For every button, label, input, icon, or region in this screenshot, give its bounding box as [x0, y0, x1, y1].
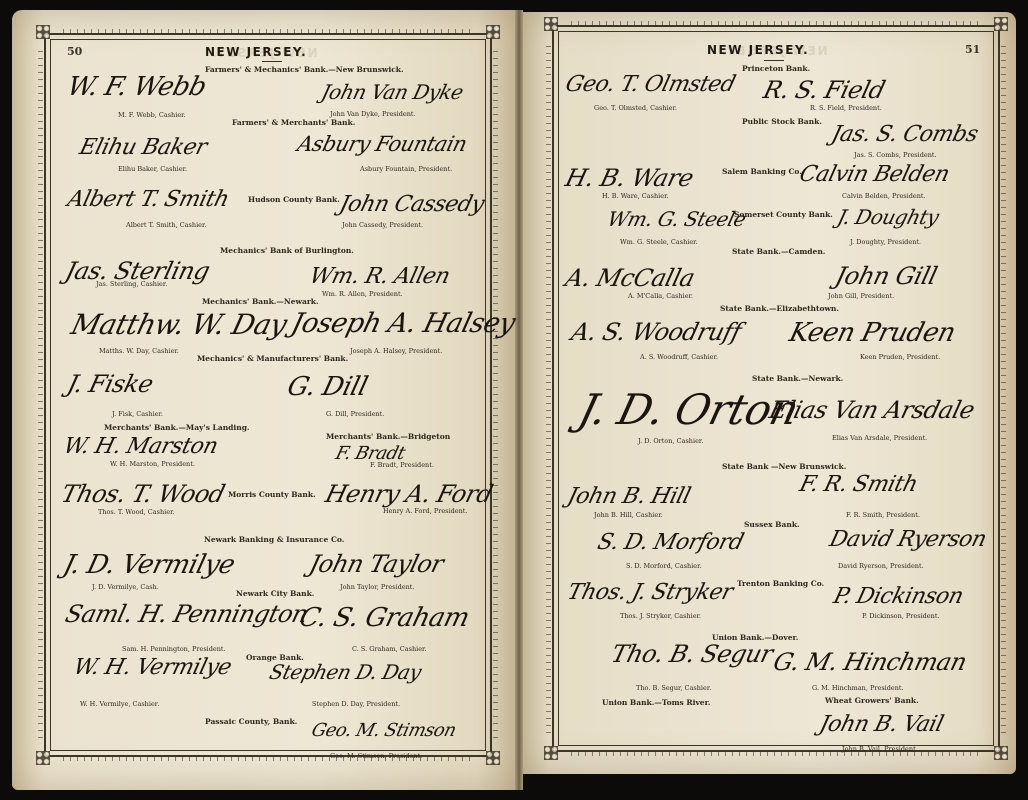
signature: John Taylor	[307, 550, 447, 578]
signature: W. H. Vermilye	[71, 655, 234, 680]
signature: G. M. Hinchman	[771, 648, 970, 676]
signatory-caption: Albert T. Smith, Cashier.	[126, 221, 206, 229]
page-number: 50	[67, 45, 82, 58]
signatory-caption: John Taylor, President.	[340, 583, 414, 591]
divider	[764, 60, 784, 61]
signature: A. S. Woodruff	[569, 318, 744, 346]
signature: John Gill	[833, 262, 940, 290]
page-number: 51	[965, 43, 980, 56]
signature: Elias Van Arsdale	[767, 396, 978, 424]
bank-name: Farmers' & Mechanics' Bank.—New Brunswic…	[205, 65, 404, 74]
signatory-caption: Tho. B. Segur, Cashier.	[636, 684, 711, 692]
bank-name: Newark Banking & Insurance Co.	[204, 535, 344, 544]
bank-name: State Bank.—Newark.	[752, 374, 843, 383]
signature: Geo. M. Stimson	[309, 720, 458, 741]
signatory-caption: J. Fisk, Cashier.	[112, 410, 163, 418]
signatory-caption: J. D. Vermilye, Cash.	[92, 583, 159, 591]
bank-name: Sussex Bank.	[744, 520, 800, 529]
bank-name: Public Stock Bank.	[742, 117, 822, 126]
signature: Albert T. Smith	[65, 187, 232, 212]
bank-name: Mechanics' & Manufacturers' Bank.	[197, 354, 348, 363]
signatory-caption: John B. Vail, President.	[842, 745, 918, 753]
bank-name: Union Bank.—Toms River.	[602, 698, 710, 707]
page-title: NEW JERSEY.	[707, 43, 809, 57]
ornament-icon	[486, 25, 500, 39]
signature: R. S. Field	[761, 76, 888, 104]
signatory-caption: David Ryerson, President.	[838, 562, 924, 570]
signatory-caption: W. H. Marston, President.	[110, 460, 195, 468]
divider	[262, 61, 282, 62]
signature: J. D. Vermilye	[60, 550, 237, 580]
ornament-icon	[36, 25, 50, 39]
signature: Jas. S. Combs	[829, 122, 981, 147]
bank-name: State Bank.—Elizabethtown.	[720, 304, 839, 313]
bank-name: State Bank —New Brunswick.	[722, 462, 846, 471]
signatory-caption: Geo. M. Stimson, President.	[330, 752, 422, 760]
bank-name: Mechanics' Bank of Burlington.	[220, 246, 354, 255]
signature: A. McCalla	[563, 264, 698, 292]
signatory-caption: P. Dickinson, President.	[862, 612, 940, 620]
signatory-caption: Sam. H. Pennington, President.	[122, 645, 226, 653]
signatory-caption: John Cassedy, President.	[342, 221, 423, 229]
signatory-caption: Elias Van Arsdale, President.	[832, 434, 927, 442]
signatory-caption: S. D. Morford, Cashier.	[626, 562, 702, 570]
ornament-icon	[994, 17, 1008, 31]
signatory-caption: F. Bradt, President.	[370, 461, 434, 469]
signatory-caption: H. B. Ware, Cashier.	[602, 192, 669, 200]
bank-name: Salem Banking Co.	[722, 167, 802, 176]
signature: Wm. G. Steele	[605, 207, 748, 231]
signatory-caption: Geo. T. Olmsted, Cashier.	[594, 104, 677, 112]
signature: Joseph A. Halsey	[288, 308, 518, 339]
signature: Matthw. W. Day	[68, 308, 290, 341]
bank-name: Wheat Growers' Bank.	[825, 696, 919, 705]
bank-name: Newark City Bank.	[236, 589, 314, 598]
signatory-caption: Stephen D. Day, President.	[312, 700, 400, 708]
bank-name: Somerset County Bank.	[734, 210, 833, 219]
signatory-caption: Thos. J. Stryker, Cashier.	[620, 612, 701, 620]
signatory-caption: R. S. Field, President.	[810, 104, 882, 112]
signatory-caption: C. S. Graham, Cashier.	[352, 645, 427, 653]
signature: P. Dickinson	[831, 584, 966, 609]
signature: Wm. R. Allen	[307, 264, 452, 289]
signatory-caption: Thos. T. Wood, Cashier.	[98, 508, 175, 516]
signature: J. Doughty	[835, 205, 941, 229]
signature: W. H. Marston	[61, 434, 220, 459]
bank-name: Farmers' & Merchants' Bank.	[232, 118, 355, 127]
signature: David Ryerson	[827, 527, 989, 552]
signature: John Van Dyke	[319, 80, 466, 104]
signatory-caption: Elihu Baker, Cashier.	[118, 165, 187, 173]
signatory-caption: Matths. W. Day, Cashier.	[99, 347, 179, 355]
signatory-caption: Wm. R. Allen, President.	[322, 290, 403, 298]
signatory-caption: M. F. Webb, Cashier.	[118, 111, 186, 119]
signatory-caption: J. D. Orton, Cashier.	[638, 437, 703, 445]
signature: Asbury Fountain	[295, 132, 469, 156]
signatory-caption: Jas. Sterling, Cashier.	[96, 280, 167, 288]
bank-name: Merchants' Bank.—Bridgeton	[326, 432, 450, 441]
signatory-caption: W. H. Vermilye, Cashier.	[80, 700, 159, 708]
signature: W. F. Webb	[64, 72, 209, 102]
signature: H. B. Ware	[563, 164, 697, 192]
signature: S. D. Morford	[595, 530, 746, 555]
ornament-icon	[544, 746, 558, 760]
signature: Tho. B. Segur	[609, 640, 776, 668]
signatory-caption: Wm. G. Steele, Cashier.	[620, 238, 698, 246]
ornament-icon	[486, 751, 500, 765]
bank-name: State Bank.—Camden.	[732, 247, 825, 256]
signature: Keen Pruden	[786, 318, 958, 348]
signature: Saml. H. Pennington	[63, 600, 311, 628]
ornament-icon	[36, 751, 50, 765]
signatory-caption: Asbury Fountain, President.	[360, 165, 452, 173]
ornament-icon	[544, 17, 558, 31]
signatory-caption: J. Doughty, President.	[850, 238, 921, 246]
signature: Elihu Baker	[77, 135, 209, 160]
signatory-caption: Jas. S. Combs, President.	[854, 151, 937, 159]
signatory-caption: F. R. Smith, President.	[846, 511, 920, 519]
bank-name: Trenton Banking Co.	[737, 579, 824, 588]
signatory-caption: G. Dill, President.	[326, 410, 384, 418]
signature: John B. Vail	[817, 712, 946, 737]
signature: Calvin Belden	[797, 162, 952, 187]
signatory-caption: Henry A. Ford, President.	[383, 507, 467, 515]
signatory-caption: G. M. Hinchman, President.	[812, 684, 904, 692]
bank-name: Morris County Bank.	[228, 490, 316, 499]
bank-name: Merchants' Bank.—May's Landing.	[104, 423, 250, 432]
signature: John B. Hill	[565, 484, 693, 509]
signatory-caption: John Van Dyke, President.	[330, 110, 416, 118]
signature: John Cassedy	[337, 192, 487, 217]
page-title: NEW JERSEY.	[205, 45, 307, 59]
ornament-icon	[994, 746, 1008, 760]
signatory-caption: Joseph A. Halsey, President.	[350, 347, 442, 355]
signature: Stephen D. Day	[267, 660, 424, 684]
signature: Thos. T. Wood	[59, 480, 228, 508]
signature: J. Fiske	[65, 370, 156, 398]
signature: C. S. Graham	[296, 603, 472, 633]
signatory-caption: John B. Hill, Cashier.	[594, 511, 663, 519]
signatory-caption: Calvin Belden, President.	[842, 192, 926, 200]
signature: G. Dill	[284, 372, 370, 402]
book-gutter	[515, 10, 523, 790]
open-book: 50 NEW JERSEY. NEW JERSEY. Farmers' & Me…	[0, 0, 1028, 800]
bank-name: Passaic County, Bank.	[205, 717, 297, 726]
signature: Geo. T. Olmsted	[563, 72, 738, 97]
signature: Henry A. Ford	[323, 480, 496, 508]
signatory-caption: Keen Pruden, President.	[860, 353, 940, 361]
signatory-caption: A. M'Calla, Cashier.	[628, 292, 693, 300]
signature: Thos. J. Stryker	[565, 580, 735, 605]
signatory-caption: A. S. Woodruff, Cashier.	[640, 353, 718, 361]
bank-name: Hudson County Bank.	[248, 195, 340, 204]
bank-name: Princeton Bank.	[742, 64, 810, 73]
signatory-caption: John Gill, President.	[828, 292, 894, 300]
bank-name: Mechanics' Bank.—Newark.	[202, 297, 319, 306]
signature: F. R. Smith	[797, 472, 920, 497]
